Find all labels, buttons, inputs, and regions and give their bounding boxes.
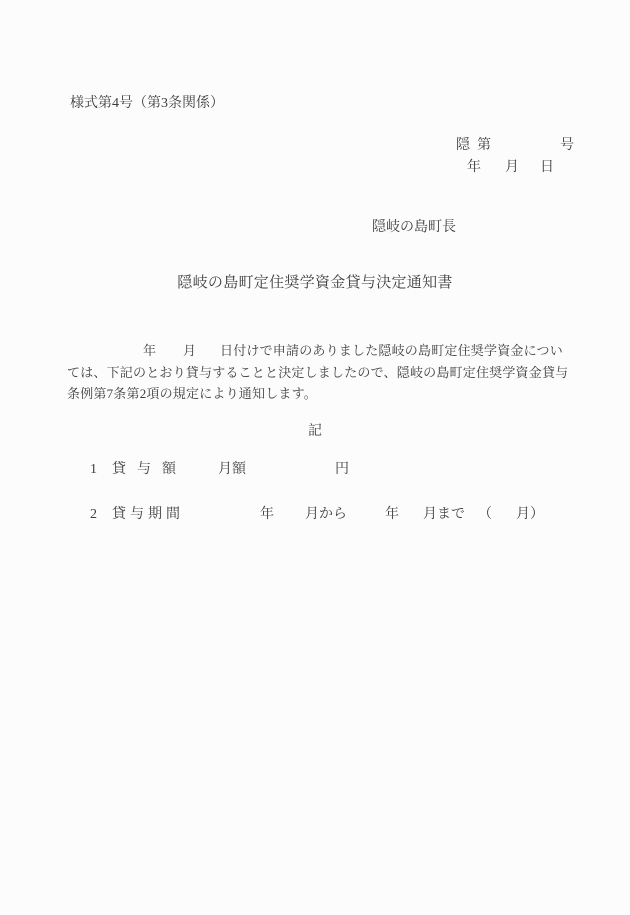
body-line-2: ては、下記のとおり貸与することと決定しましたので、隠岐の島町定住奨学資金貸与 xyxy=(67,366,568,379)
date-month-label: 月 xyxy=(505,161,519,175)
item2-paren-month-close: 月） xyxy=(516,508,544,522)
item2-month-to-label: 月まで xyxy=(423,508,465,522)
body-line1-year-label: 年 xyxy=(143,344,156,357)
item2-paren-open: （ xyxy=(478,508,492,522)
doc-number-prefix: 隠 xyxy=(456,139,470,153)
item1-yen-label: 円 xyxy=(335,463,349,477)
item2-label: 貸与期間 xyxy=(112,508,184,522)
doc-number-go: 号 xyxy=(560,139,574,153)
item2-number: 2 xyxy=(90,508,97,522)
doc-number-dai: 第 xyxy=(477,139,491,153)
body-line1-month-label: 月 xyxy=(183,344,196,357)
item1-label: 貸与額 xyxy=(112,463,187,477)
item2-year-to-label: 年 xyxy=(385,508,399,522)
document-page: 様式第4号（第3条関係） 隠 第 号 年 月 日 隠岐の島町長 隠岐の島町定住奨… xyxy=(0,0,630,915)
form-number: 様式第4号（第3条関係） xyxy=(70,97,224,111)
date-day-label: 日 xyxy=(540,161,554,175)
ki-heading: 記 xyxy=(0,425,630,439)
item2-year-from-label: 年 xyxy=(260,508,274,522)
body-line-3: 条例第7条第2項の規定により通知します。 xyxy=(67,387,317,400)
item2-month-from-label: 月から xyxy=(305,508,347,522)
document-title: 隠岐の島町定住奨学資金貸与決定通知書 xyxy=(0,276,630,291)
addressee-mayor: 隠岐の島町長 xyxy=(372,221,456,235)
item1-number: 1 xyxy=(90,463,97,477)
date-year-label: 年 xyxy=(467,161,481,175)
item1-monthly-label: 月額 xyxy=(218,463,246,477)
body-line1-rest: 日付けで申請のありました隠岐の島町定住奨学資金につい xyxy=(220,344,563,357)
